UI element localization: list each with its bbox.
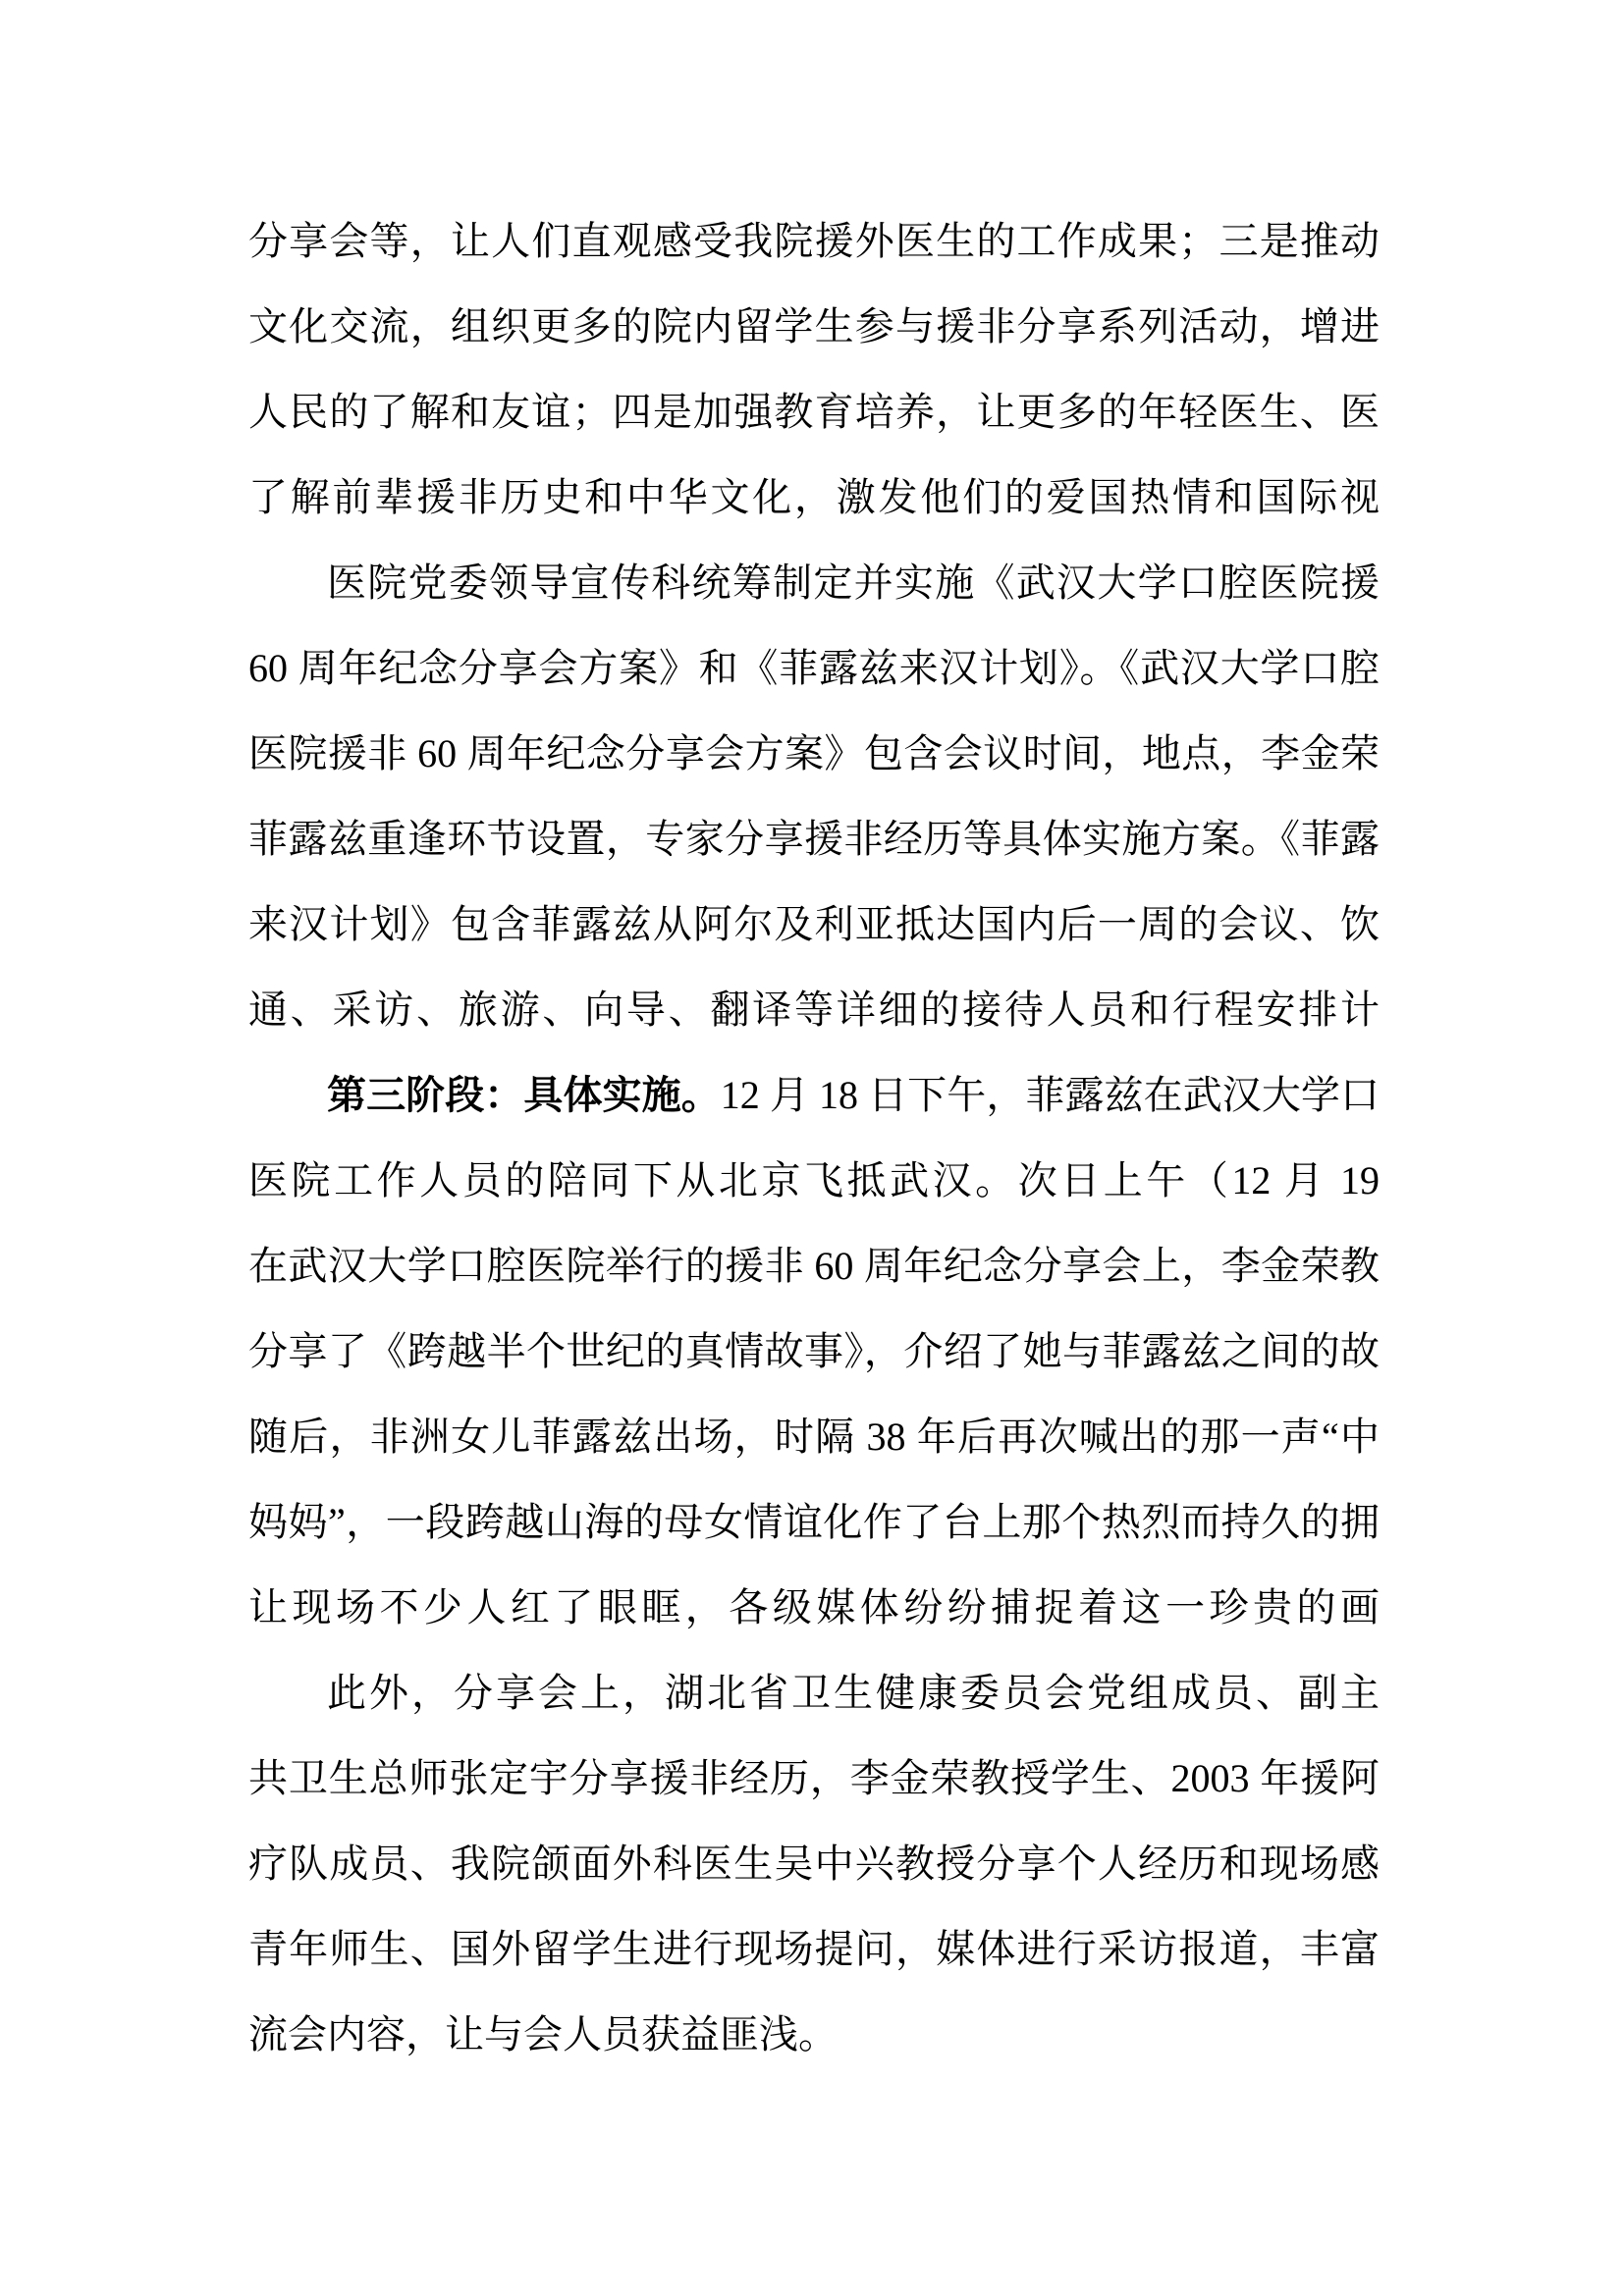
text-run: 60 周年纪念分享会方案》和《菲露兹来汉计划》。《武汉大学口腔: [248, 646, 1380, 690]
text-run: 此外，分享会上，湖北省卫生健康委员会党组成员、副主任、公: [248, 1671, 1380, 1735]
text-run: 通、采访、旅游、向导、翻译等详细的接待人员和行程安排计划。: [248, 988, 1380, 1052]
text-line: 此外，分享会上，湖北省卫生健康委员会党组成员、副主任、公: [248, 1650, 1380, 1735]
text-line: 文化交流，组织更多的院内留学生参与援非分享系列活动，增进双方: [248, 284, 1380, 369]
document-page: 分享会等，让人们直观感受我院援外医生的工作成果；三是推动中外文化交流，组织更多的…: [0, 0, 1624, 2296]
text-run: 医院党委领导宣传科统筹制定并实施《武汉大学口腔医院援非: [248, 561, 1380, 625]
text-run: 人民的了解和友谊；四是加强教育培养，让更多的年轻医生、医学生: [248, 390, 1380, 454]
text-run: 医院援非 60 周年纪念分享会方案》包含会议时间，地点，李金荣与: [248, 731, 1380, 796]
document-body: 分享会等，让人们直观感受我院援外医生的工作成果；三是推动中外文化交流，组织更多的…: [248, 198, 1380, 2077]
paragraph: 此外，分享会上，湖北省卫生健康委员会党组成员、副主任、公共卫生总师张定宇分享援非…: [248, 1650, 1380, 2077]
paragraph: 医院党委领导宣传科统筹制定并实施《武汉大学口腔医院援非60 周年纪念分享会方案》…: [248, 540, 1380, 1052]
text-line: 通、采访、旅游、向导、翻译等详细的接待人员和行程安排计划。: [248, 967, 1380, 1052]
text-run: 青年师生、国外留学生进行现场提问，媒体进行采访报道，丰富了交: [248, 1927, 1380, 1992]
text-run: 流会内容，让与会人员获益匪浅。: [248, 2012, 838, 2056]
text-line: 共卫生总师张定宇分享援非经历，李金荣教授学生、2003 年援阿医: [248, 1735, 1380, 1821]
paragraph: 分享会等，让人们直观感受我院援外医生的工作成果；三是推动中外文化交流，组织更多的…: [248, 198, 1380, 540]
text-run: 共卫生总师张定宇分享援非经历，李金荣教授学生、2003 年援阿医: [248, 1756, 1380, 1821]
bold-text-run: 第三阶段：具体实施。: [327, 1073, 721, 1117]
text-line: 分享会等，让人们直观感受我院援外医生的工作成果；三是推动中外: [248, 198, 1380, 284]
text-line: 医院援非 60 周年纪念分享会方案》包含会议时间，地点，李金荣与: [248, 711, 1380, 796]
text-line: 青年师生、国外留学生进行现场提问，媒体进行采访报道，丰富了交: [248, 1906, 1380, 1992]
text-line: 医院党委领导宣传科统筹制定并实施《武汉大学口腔医院援非: [248, 540, 1380, 625]
text-line: 流会内容，让与会人员获益匪浅。: [248, 1992, 1380, 2077]
text-line: 第三阶段：具体实施。12 月 18 日下午，菲露兹在武汉大学口腔: [248, 1052, 1380, 1138]
text-run: 妈妈”，一段跨越山海的母女情谊化作了台上那个热烈而持久的拥抱，: [248, 1500, 1380, 1565]
text-line: 疗队成员、我院颌面外科医生吴中兴教授分享个人经历和现场感悟，: [248, 1821, 1380, 1906]
text-run: 疗队成员、我院颌面外科医生吴中兴教授分享个人经历和现场感悟，: [248, 1842, 1380, 1906]
text-run: 菲露兹重逢环节设置，专家分享援非经历等具体实施方案。《菲露兹: [248, 817, 1380, 881]
text-run: 随后，非洲女儿菲露兹出场，时隔 38 年后再次喊出的那一声“中国: [248, 1415, 1380, 1479]
text-line: 人民的了解和友谊；四是加强教育培养，让更多的年轻医生、医学生: [248, 369, 1380, 454]
text-run: 让现场不少人红了眼眶，各级媒体纷纷捕捉着这一珍贵的画面……: [248, 1585, 1380, 1650]
text-line: 让现场不少人红了眼眶，各级媒体纷纷捕捉着这一珍贵的画面……: [248, 1565, 1380, 1650]
text-run: 文化交流，组织更多的院内留学生参与援非分享系列活动，增进双方: [248, 304, 1380, 369]
text-run: 分享了《跨越半个世纪的真情故事》，介绍了她与菲露兹之间的故事。: [248, 1329, 1380, 1394]
text-line: 了解前辈援非历史和中华文化，激发他们的爱国热情和国际视野。: [248, 454, 1380, 540]
text-line: 妈妈”，一段跨越山海的母女情谊化作了台上那个热烈而持久的拥抱，: [248, 1479, 1380, 1565]
text-run: 医院工作人员的陪同下从北京飞抵武汉。次日上午（12 月 19 日），: [248, 1158, 1380, 1223]
text-line: 随后，非洲女儿菲露兹出场，时隔 38 年后再次喊出的那一声“中国: [248, 1394, 1380, 1479]
text-line: 来汉计划》包含菲露兹从阿尔及利亚抵达国内后一周的会议、饮食交: [248, 881, 1380, 967]
text-run: 了解前辈援非历史和中华文化，激发他们的爱国热情和国际视野。: [248, 475, 1380, 540]
text-line: 医院工作人员的陪同下从北京飞抵武汉。次日上午（12 月 19 日），: [248, 1138, 1380, 1223]
paragraph: 第三阶段：具体实施。12 月 18 日下午，菲露兹在武汉大学口腔医院工作人员的陪…: [248, 1052, 1380, 1650]
text-line: 分享了《跨越半个世纪的真情故事》，介绍了她与菲露兹之间的故事。: [248, 1308, 1380, 1394]
text-run: 分享会等，让人们直观感受我院援外医生的工作成果；三是推动中外: [248, 219, 1380, 284]
text-run: 在武汉大学口腔医院举行的援非 60 周年纪念分享会上，李金荣教授: [248, 1244, 1380, 1308]
text-run: 来汉计划》包含菲露兹从阿尔及利亚抵达国内后一周的会议、饮食交: [248, 902, 1380, 967]
text-line: 60 周年纪念分享会方案》和《菲露兹来汉计划》。《武汉大学口腔: [248, 625, 1380, 711]
text-line: 菲露兹重逢环节设置，专家分享援非经历等具体实施方案。《菲露兹: [248, 796, 1380, 881]
text-line: 在武汉大学口腔医院举行的援非 60 周年纪念分享会上，李金荣教授: [248, 1223, 1380, 1308]
